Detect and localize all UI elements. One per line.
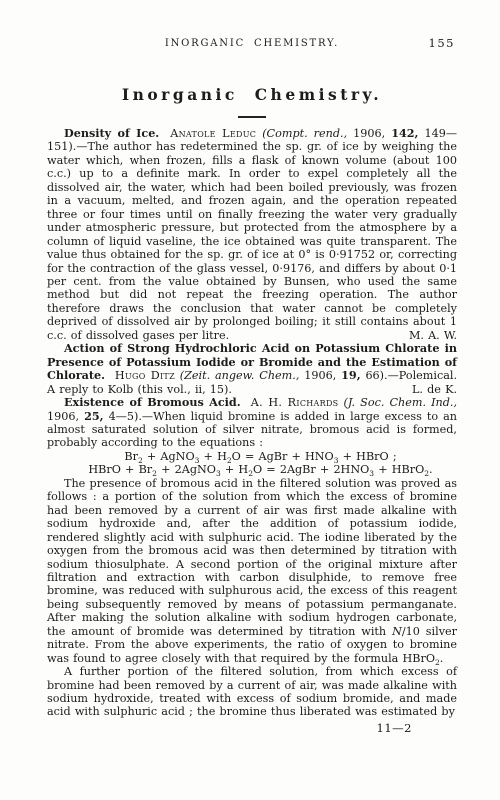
journal-reference: (J. Soc. Chem. Ind., — [344, 396, 457, 409]
journal-reference: (Zeit. angew. Chem., — [180, 369, 300, 382]
journal-volume: 25, — [84, 409, 103, 423]
article-paragraph-further-portion: A further portion of the filtered soluti… — [47, 665, 457, 719]
section-title-rule — [238, 116, 266, 118]
journal-pages: 66).— — [365, 369, 398, 382]
signature-mark: 11—2 — [47, 722, 457, 735]
chemical-equation-2: HBrO + Br2 + 2AgNO3 + H2O = 2AgBr + 2HNO… — [47, 463, 457, 476]
running-head: INORGANIC CHEMISTRY. 155 — [47, 38, 457, 50]
reviewer-initials: M. A. W. — [386, 329, 457, 342]
journal-reference: (Compt. rend., — [262, 127, 347, 140]
article-body: The author has redetermined the sp. gr. … — [47, 140, 457, 341]
page-number: 155 — [429, 37, 455, 49]
journal-pages: 4—5).— — [109, 410, 154, 423]
article-entry-hydrochloric-acid: Action of Strong Hydrochloric Acid on Po… — [47, 342, 457, 396]
section-title: Inorganic Chemistry. — [47, 85, 457, 105]
journal-year: 1906, — [304, 369, 336, 382]
article-entry-density-of-ice: Density of Ice. Anatole Leduc (Compt. re… — [47, 127, 457, 342]
article-entry-bromous-acid: Existence of Bromous Acid. A. H. Richard… — [47, 396, 457, 450]
article-author: A. H. Richards — [251, 396, 339, 409]
article-author: Anatole Leduc — [170, 127, 256, 140]
article-title: Density of Ice. — [64, 126, 164, 140]
article-paragraph-experiments: The presence of bromous acid in the filt… — [47, 477, 457, 665]
reviewer-initials: L. de K. — [389, 383, 457, 396]
article-author: Hugo Ditz — [115, 369, 175, 382]
chemical-equation-1: Br2 + AgNO3 + H2O = AgBr + HNO3 + HBrO ; — [47, 450, 457, 463]
journal-year: 1906, — [353, 127, 385, 140]
article-title: Existence of Bromous Acid. — [64, 395, 246, 409]
page-container: INORGANIC CHEMISTRY. 155 Inorganic Chemi… — [0, 0, 500, 735]
journal-year: 1906, — [47, 410, 79, 423]
abstracts-content: Density of Ice. Anatole Leduc (Compt. re… — [47, 127, 457, 735]
journal-volume: 19, — [341, 368, 360, 382]
running-head-title: INORGANIC CHEMISTRY. — [165, 38, 339, 49]
journal-volume: 142, — [391, 126, 418, 140]
